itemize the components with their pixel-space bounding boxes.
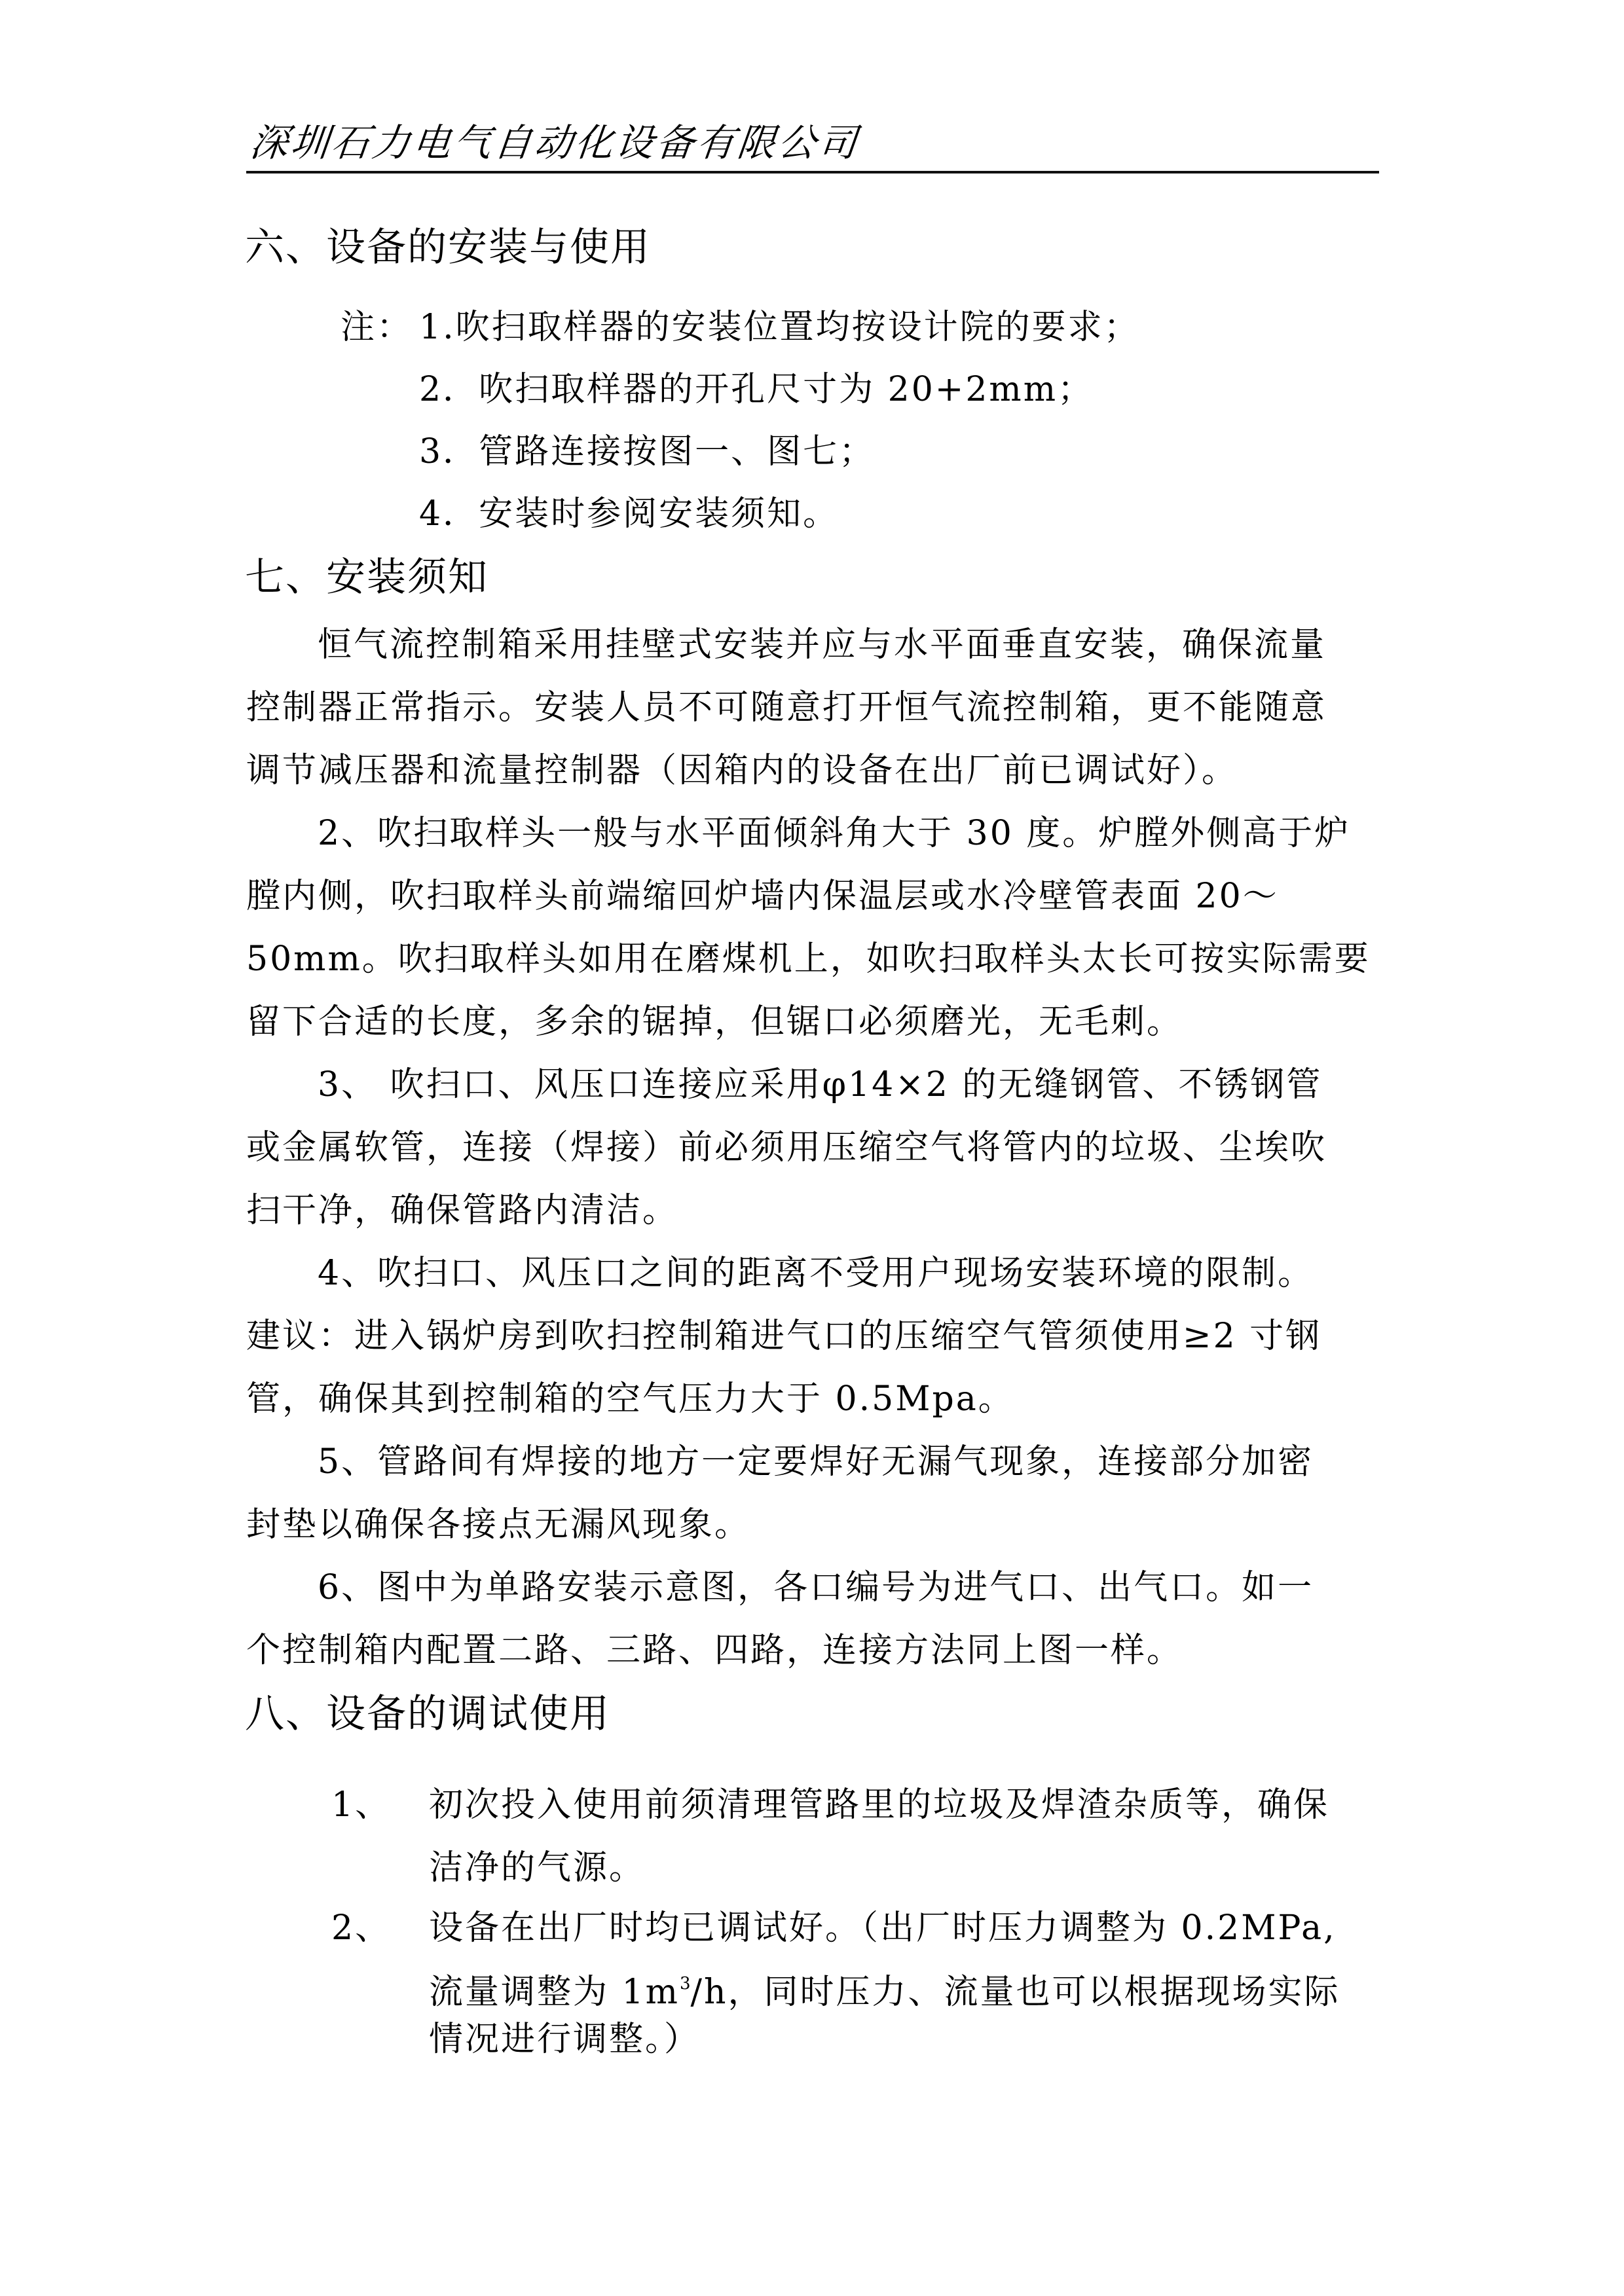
paragraph-line: 留下合适的长度，多余的锯掉，但锯口必须磨光，无毛刺。 [246, 999, 1183, 1045]
note-label: 注： [341, 304, 413, 350]
paragraph-line: 恒气流控制箱采用挂壁式安装并应与水平面垂直安装，确保流量 [318, 622, 1326, 668]
paragraph-line: 个控制箱内配置二路、三路、四路，连接方法同上图一样。 [246, 1628, 1183, 1673]
list-item-number: 2、 [331, 1905, 391, 1951]
list-item-line: 初次投入使用前须清理管路里的垃圾及焊渣杂质等，确保 [429, 1782, 1329, 1828]
section-heading-seven: 七、安装须知 [245, 551, 489, 604]
paragraph-line: 2、吹扫取样头一般与水平面倾斜角大于 30 度。炉膛外侧高于炉 [318, 811, 1350, 856]
paragraph-line: 建议：进入锅炉房到吹扫控制箱进气口的压缩空气管须使用≥2 寸钢 [246, 1313, 1321, 1359]
list-item-line: 洁净的气源。 [429, 1845, 645, 1891]
paragraph-line: 50mm。吹扫取样头如用在磨煤机上，如吹扫取样头太长可按实际需要 [246, 936, 1371, 982]
flow-rate-rest: /h，同时压力、流量也可以根据现场实际 [690, 1973, 1340, 2012]
list-item-line: 情况进行调整。） [429, 2016, 700, 2062]
header-divider [246, 171, 1379, 173]
paragraph-line: 4、吹扫口、风压口之间的距离不受用户现场安装环境的限制。 [318, 1250, 1314, 1296]
document-page: 深圳石力电气自动化设备有限公司 六、设备的安装与使用 注： 1.吹扫取样器的安装… [0, 0, 1624, 2296]
paragraph-line: 扫干净，确保管路内清洁。 [246, 1188, 678, 1233]
paragraph-line: 6、图中为单路安装示意图，各口编号为进气口、出气口。如一 [318, 1565, 1314, 1611]
paragraph-line: 膛内侧，吹扫取样头前端缩回炉墙内保温层或水冷壁管表面 20～ [246, 873, 1279, 919]
flow-rate-text: 流量调整为 1m [429, 1973, 680, 2012]
paragraph-line: 管，确保其到控制箱的空气压力大于 0.5Mpa。 [246, 1376, 1014, 1422]
note-item: 4．安装时参阅安装须知。 [419, 491, 839, 537]
paragraph-line: 控制器正常指示。安装人员不可随意打开恒气流控制箱，更不能随意 [246, 685, 1327, 731]
paragraph-line: 3、 吹扫口、风压口连接应采用φ14×2 的无缝钢管、不锈钢管 [318, 1062, 1322, 1108]
note-item: 3．管路连接按图一、图七； [419, 429, 875, 475]
section-heading-six: 六、设备的安装与使用 [245, 221, 651, 274]
paragraph-line: 或金属软管，连接（焊接）前必须用压缩空气将管内的垃圾、尘埃吹 [246, 1125, 1327, 1171]
list-item-line: 流量调整为 1m3/h，同时压力、流量也可以根据现场实际 [429, 1961, 1340, 2015]
paragraph-line: 5、管路间有焊接的地方一定要焊好无漏气现象，连接部分加密 [318, 1439, 1314, 1485]
list-item-number: 1、 [331, 1782, 391, 1828]
superscript-cubed: 3 [680, 1974, 691, 1994]
note-item: 2．吹扫取样器的开孔尺寸为 20+2mm； [419, 367, 1094, 412]
paragraph-line: 调节减压器和流量控制器（因箱内的设备在出厂前已调试好）。 [246, 748, 1238, 793]
list-item-line: 设备在出厂时均已调试好。（出厂时压力调整为 0.2MPa, [429, 1905, 1337, 1951]
company-header: 深圳石力电气自动化设备有限公司 [248, 117, 862, 169]
section-heading-eight: 八、设备的调试使用 [245, 1688, 610, 1740]
paragraph-line: 封垫以确保各接点无漏风现象。 [246, 1502, 750, 1548]
note-item: 1.吹扫取样器的安装位置均按设计院的要求； [419, 304, 1140, 350]
